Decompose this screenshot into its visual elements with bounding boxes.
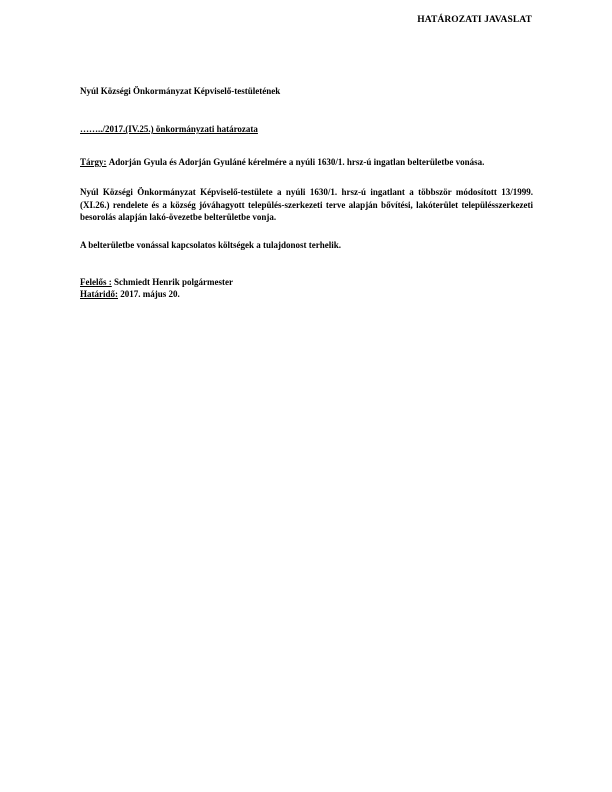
subject-text: Adorján Gyula és Adorján Gyuláné kérelmé… bbox=[109, 157, 485, 167]
document-page: HATÁROZATI JAVASLAT Nyúl Községi Önkormá… bbox=[0, 0, 612, 792]
responsible-label: Felelős : bbox=[80, 277, 112, 287]
resolution-number: ……../2017.(IV.25.) önkormányzati határoz… bbox=[80, 124, 258, 134]
document-header: HATÁROZATI JAVASLAT bbox=[417, 15, 532, 25]
body-paragraph-2: A belterületbe vonással kapcsolatos költ… bbox=[80, 240, 341, 250]
deadline-line: Határidő: 2017. május 20. bbox=[80, 289, 180, 299]
subject-label: Tárgy: bbox=[80, 157, 107, 167]
deadline-value: 2017. május 20. bbox=[120, 289, 180, 299]
responsible-value: Schmiedt Henrik polgármester bbox=[114, 277, 233, 287]
addressee: Nyúl Községi Önkormányzat Képviselő-test… bbox=[80, 86, 280, 96]
subject-line: Tárgy: Adorján Gyula és Adorján Gyuláné … bbox=[80, 157, 484, 167]
body-paragraph-1: Nyúl Községi Önkormányzat Képviselő-test… bbox=[80, 186, 533, 224]
deadline-label: Határidő: bbox=[80, 289, 118, 299]
responsible-line: Felelős : Schmiedt Henrik polgármester bbox=[80, 277, 233, 287]
